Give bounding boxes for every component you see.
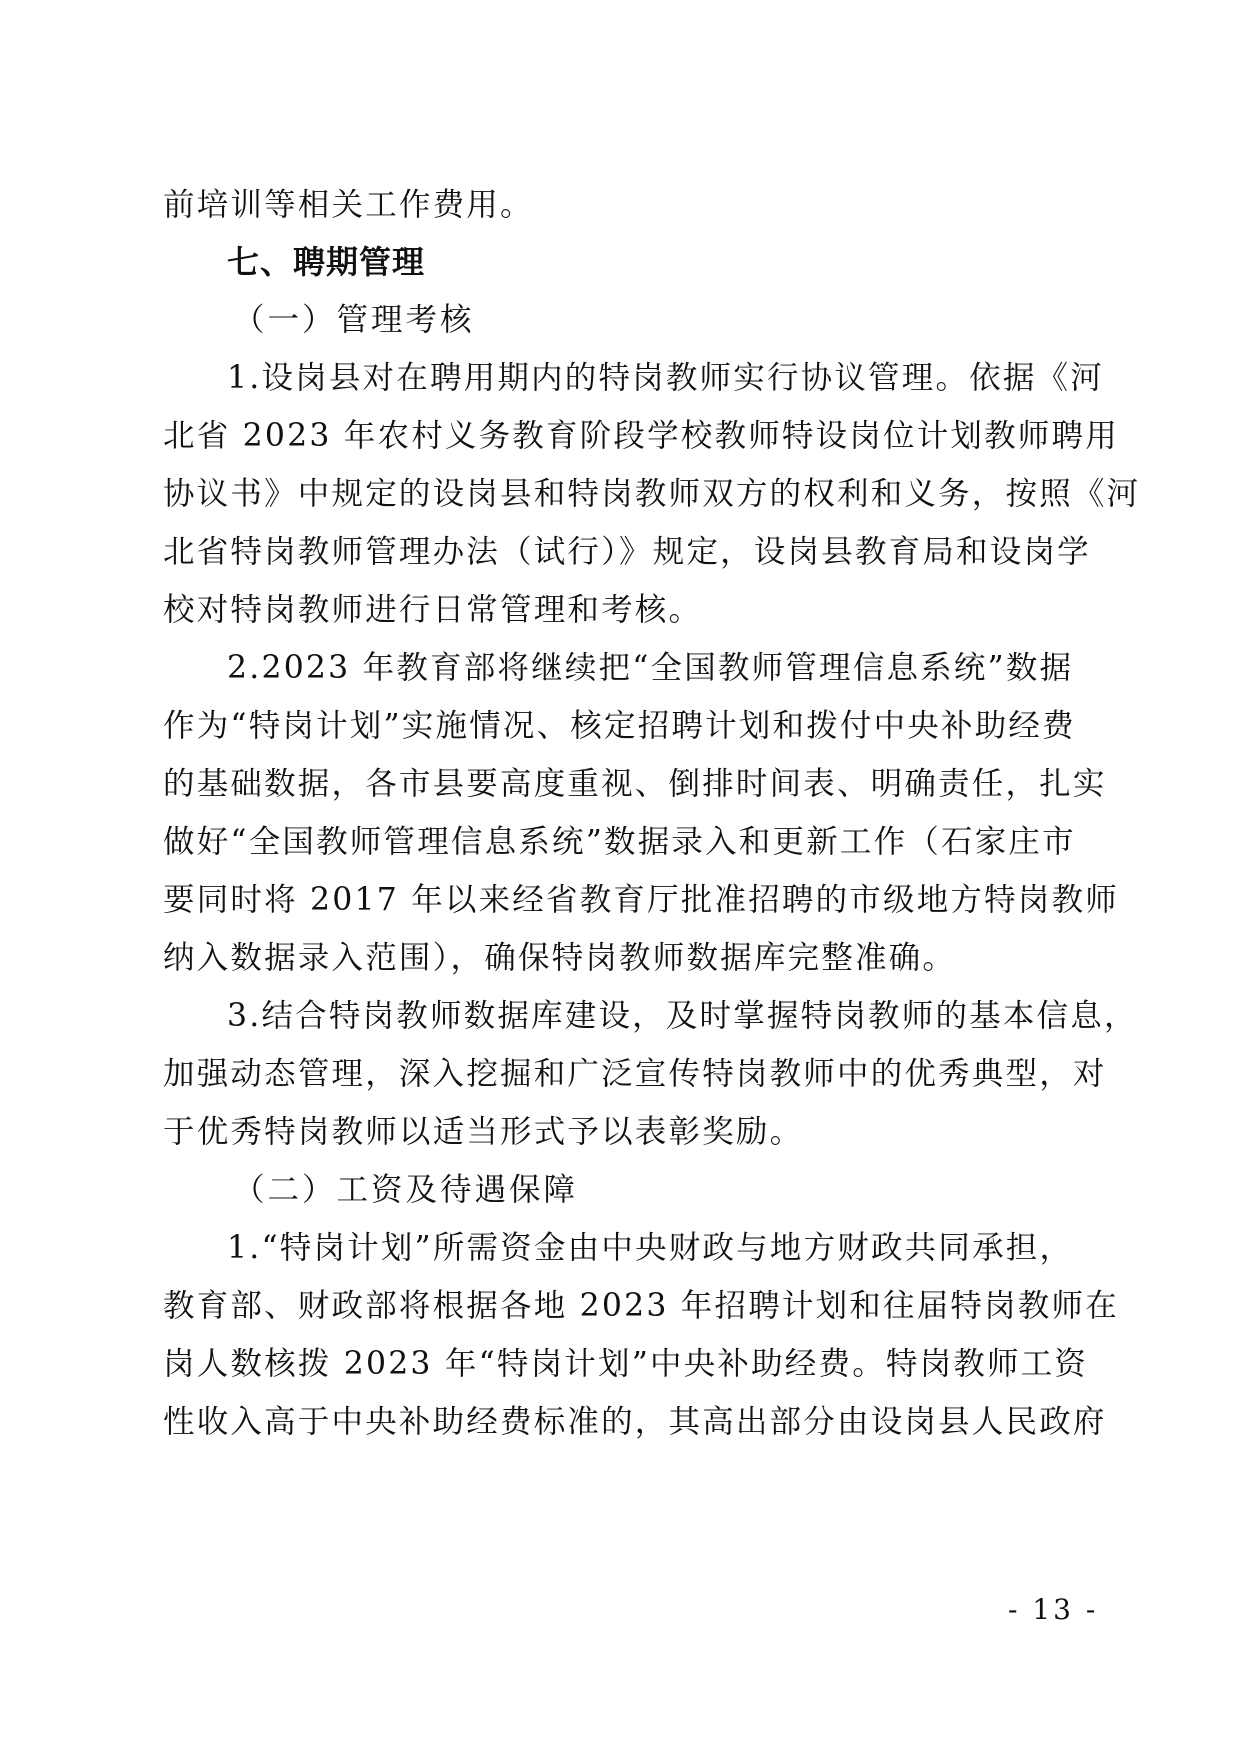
subsection-heading: （一）管理考核 [233, 291, 475, 349]
section-heading: 七、聘期管理 [227, 233, 425, 291]
body-text-line: 1.“特岗计划”所需资金由中央财政与地方财政共同承担， [227, 1219, 1068, 1277]
body-text-line: 协议书》中规定的设岗县和特岗教师双方的权利和义务，按照《河 [163, 465, 1068, 523]
body-text-line: 校对特岗教师进行日常管理和考核。 [163, 581, 1068, 639]
subsection-heading: （二）工资及待遇保障 [233, 1161, 578, 1219]
body-text-line: 北省特岗教师管理办法（试行）》规定，设岗县教育局和设岗学 [163, 523, 1068, 581]
body-text-line: 纳入数据录入范围），确保特岗教师数据库完整准确。 [163, 929, 1068, 987]
body-text-line: 做好“全国教师管理信息系统”数据录入和更新工作（石家庄市 [163, 813, 1068, 871]
body-text-line: 于优秀特岗教师以适当形式予以表彰奖励。 [163, 1103, 1068, 1161]
body-text-line: 要同时将 2017 年以来经省教育厅批准招聘的市级地方特岗教师 [163, 871, 1068, 929]
body-text-line: 前培训等相关工作费用。 [163, 176, 1068, 234]
body-text-line: 教育部、财政部将根据各地 2023 年招聘计划和往届特岗教师在 [163, 1277, 1068, 1335]
body-text-line: 3.结合特岗教师数据库建设，及时掌握特岗教师的基本信息， [227, 987, 1068, 1045]
body-text-line: 1.设岗县对在聘用期内的特岗教师实行协议管理。依据《河 [227, 349, 1068, 407]
body-text-line: 的基础数据，各市县要高度重视、倒排时间表、明确责任，扎实 [163, 755, 1068, 813]
body-text-line: 作为“特岗计划”实施情况、核定招聘计划和拨付中央补助经费 [163, 697, 1068, 755]
body-text-line: 性收入高于中央补助经费标准的，其高出部分由设岗县人民政府 [163, 1393, 1068, 1451]
body-text-line: 加强动态管理，深入挖掘和广泛宣传特岗教师中的优秀典型，对 [163, 1045, 1068, 1103]
body-text-line: 岗人数核拨 2023 年“特岗计划”中央补助经费。特岗教师工资 [163, 1335, 1068, 1393]
document-page: 前培训等相关工作费用。 七、聘期管理 （一）管理考核 1.设岗县对在聘用期内的特… [0, 0, 1241, 1755]
page-number: - 13 - [1008, 1590, 1098, 1630]
body-text-line: 2.2023 年教育部将继续把“全国教师管理信息系统”数据 [227, 639, 1068, 697]
body-text-line: 北省 2023 年农村义务教育阶段学校教师特设岗位计划教师聘用 [163, 407, 1068, 465]
